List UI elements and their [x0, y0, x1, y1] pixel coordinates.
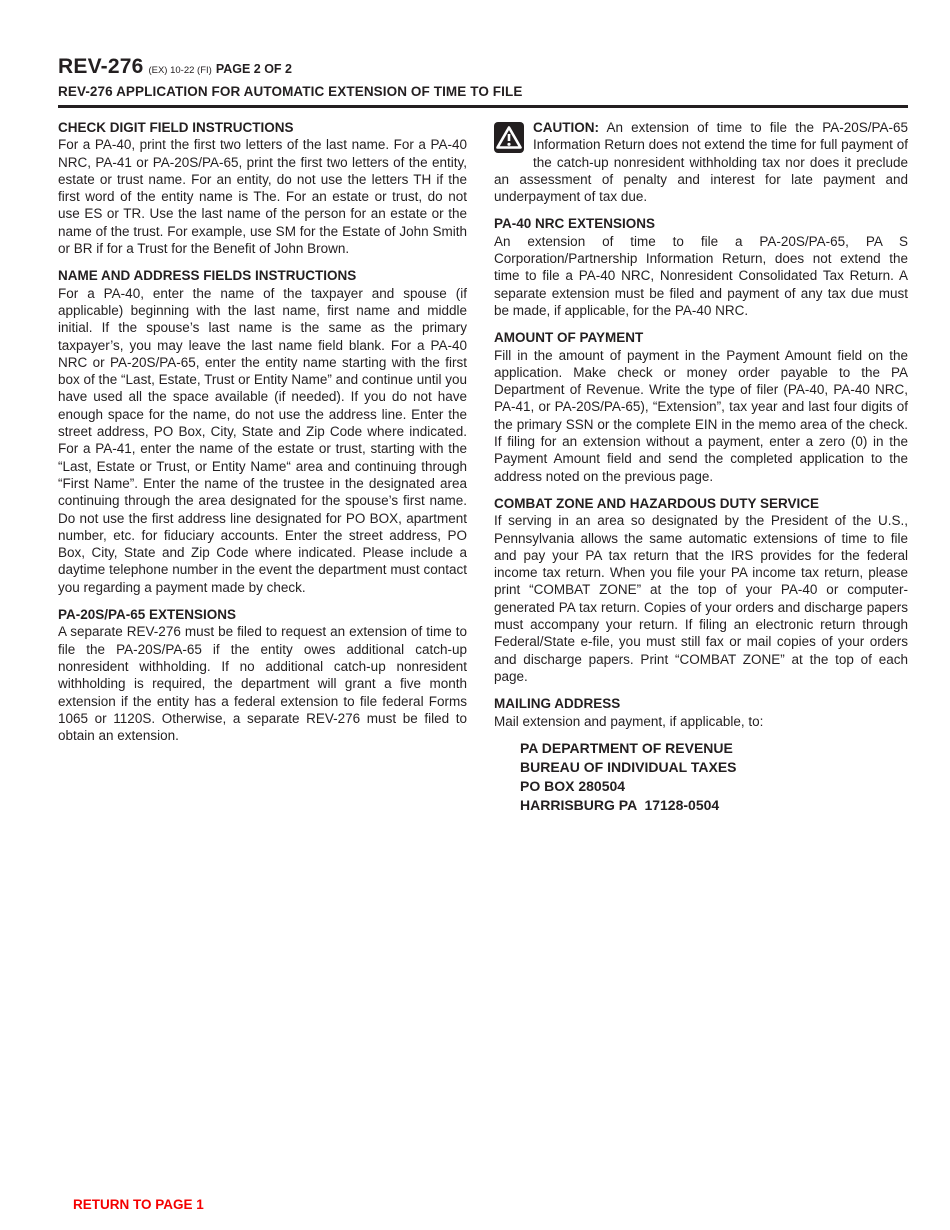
- form-revision: (EX) 10-22 (FI): [148, 65, 211, 76]
- address-line: PA DEPARTMENT OF REVENUE: [520, 739, 908, 758]
- content-columns: CHECK DIGIT FIELD INSTRUCTIONS For a PA-…: [58, 119, 908, 825]
- section-amount-of-payment: AMOUNT OF PAYMENT Fill in the amount of …: [494, 329, 908, 485]
- right-column: CAUTION: An extension of time to file th…: [494, 119, 908, 825]
- address-line: BUREAU OF INDIVIDUAL TAXES: [520, 758, 908, 777]
- section-heading: COMBAT ZONE AND HAZARDOUS DUTY SERVICE: [494, 495, 908, 512]
- form-title: REV-276: [58, 55, 143, 79]
- section-body: A separate REV-276 must be filed to requ…: [58, 623, 467, 744]
- section-heading: AMOUNT OF PAYMENT: [494, 329, 908, 346]
- section-name-address: NAME AND ADDRESS FIELDS INSTRUCTIONS For…: [58, 267, 467, 596]
- page-header: REV-276 (EX) 10-22 (FI) PAGE 2 OF 2 REV-…: [58, 0, 908, 108]
- page-number: PAGE 2 OF 2: [216, 62, 292, 76]
- section-body: An extension of time to file a PA-20S/PA…: [494, 233, 908, 319]
- section-heading: CHECK DIGIT FIELD INSTRUCTIONS: [58, 119, 467, 136]
- section-check-digit: CHECK DIGIT FIELD INSTRUCTIONS For a PA-…: [58, 119, 467, 257]
- section-body: For a PA-40, print the first two letters…: [58, 136, 467, 257]
- left-column: CHECK DIGIT FIELD INSTRUCTIONS For a PA-…: [58, 119, 467, 825]
- address-line: PO BOX 280504: [520, 777, 908, 796]
- section-heading: MAILING ADDRESS: [494, 695, 908, 712]
- caution-note: CAUTION: An extension of time to file th…: [494, 119, 908, 205]
- mailing-address-block: PA DEPARTMENT OF REVENUE BUREAU OF INDIV…: [520, 739, 908, 815]
- section-body: Fill in the amount of payment in the Pay…: [494, 347, 908, 485]
- form-subtitle: REV-276 APPLICATION FOR AUTOMATIC EXTENS…: [58, 84, 908, 99]
- section-heading: NAME AND ADDRESS FIELDS INSTRUCTIONS: [58, 267, 467, 284]
- section-mailing-address: MAILING ADDRESS Mail extension and payme…: [494, 695, 908, 815]
- section-pa20s-pa65-extensions: PA-20S/PA-65 EXTENSIONS A separate REV-2…: [58, 606, 467, 744]
- section-combat-zone: COMBAT ZONE AND HAZARDOUS DUTY SERVICE I…: [494, 495, 908, 685]
- mailing-intro: Mail extension and payment, if applicabl…: [494, 713, 908, 730]
- section-body: If serving in an area so designated by t…: [494, 512, 908, 685]
- address-line: HARRISBURG PA 17128-0504: [520, 796, 908, 815]
- document-page: REV-276 (EX) 10-22 (FI) PAGE 2 OF 2 REV-…: [58, 0, 908, 1230]
- return-to-page-1-link[interactable]: RETURN TO PAGE 1: [73, 1197, 204, 1212]
- section-body: For a PA-40, enter the name of the taxpa…: [58, 285, 467, 596]
- caution-label: CAUTION:: [533, 120, 599, 135]
- warning-triangle-icon: [494, 122, 524, 153]
- header-divider: [58, 105, 908, 108]
- section-heading: PA-20S/PA-65 EXTENSIONS: [58, 606, 467, 623]
- section-pa40-nrc-extensions: PA-40 NRC EXTENSIONS An extension of tim…: [494, 215, 908, 319]
- section-heading: PA-40 NRC EXTENSIONS: [494, 215, 908, 232]
